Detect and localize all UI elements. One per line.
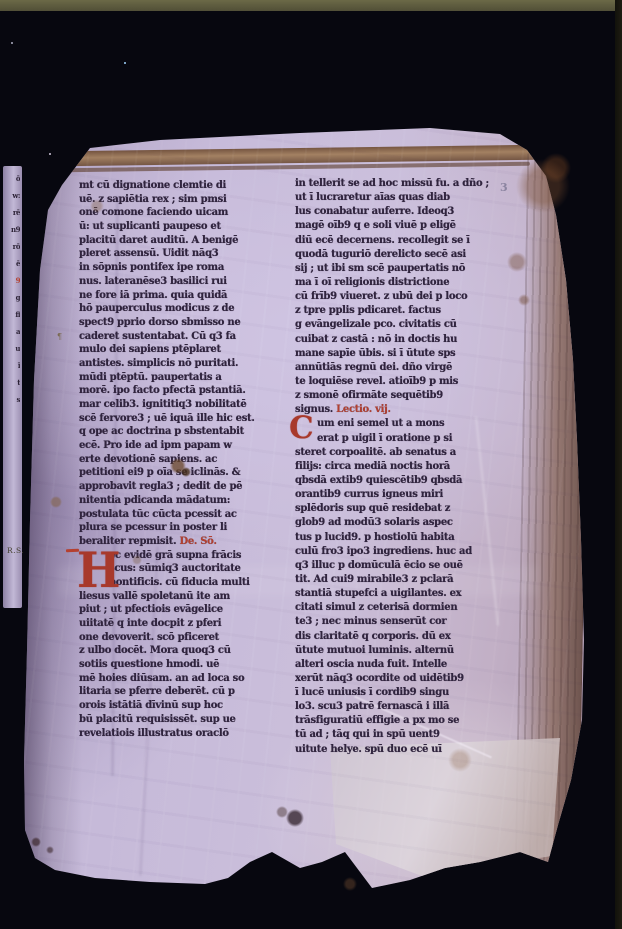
text-column-left: mt cū dignatione clemtie diuē. z sapiēti… bbox=[79, 180, 293, 741]
manuscript-text-line: stantiā stupefci a uigilantes. ex bbox=[295, 588, 503, 602]
manuscript-text-line: postulata tūc cūcta pcessit ac bbox=[79, 509, 293, 523]
manuscript-text-line: cū frīb9 viueret. z ubū dei p loco bbox=[295, 291, 503, 305]
manuscript-text-line: tus p lucid9. p hostiolū habita bbox=[295, 532, 503, 546]
manuscript-text-line: ī bbox=[3, 357, 20, 374]
manuscript-text-line: revelatiois illustratus oraclō bbox=[79, 728, 293, 742]
manuscript-text-line: alteri oscia nuda fuit. Intelle bbox=[295, 659, 503, 673]
manuscript-text-line: a bbox=[3, 323, 20, 340]
manuscript-text-line: te loquiēse revel. atioīb9 p mis bbox=[295, 376, 503, 390]
manuscript-text-line: filijs: circa mediā noctis horā bbox=[295, 461, 503, 475]
manuscript-text-line: w: bbox=[3, 187, 20, 204]
manuscript-text-line: s bbox=[3, 391, 20, 408]
manuscript-text-line: in sōpnis pontifex ipe roma bbox=[79, 262, 293, 276]
manuscript-text-line: n9 bbox=[3, 221, 20, 238]
manuscript-text-line: nus. lateranēse3 basilici rui bbox=[79, 276, 293, 290]
manuscript-text-line: erat p uigil ī oratione p si bbox=[295, 433, 503, 447]
margin-note: R.S. bbox=[7, 546, 24, 555]
dust-speck bbox=[11, 42, 13, 44]
manuscript-text-line: hō pauperculus modicus z de bbox=[79, 303, 293, 317]
manuscript-text-line: tū ad ; tāq qui in spū uent9 bbox=[295, 729, 503, 743]
manuscript-text-line: trāsfiguratiū effigie a px mo se bbox=[295, 715, 503, 729]
manuscript-text-line: lo3. scu3 patrē fernascā i illā bbox=[295, 701, 503, 715]
manuscript-text-line: g bbox=[3, 289, 20, 306]
parchment-repair-patch bbox=[330, 738, 564, 878]
manuscript-text-line: plura se pcessur in poster li bbox=[79, 522, 293, 536]
manuscript-text-line: citati simul z ceterisā dormien bbox=[295, 602, 503, 616]
manuscript-text-line: quodā tuguriō derelicto secē asi bbox=[295, 249, 503, 263]
manuscript-text-line: q ope ac doctrina p sbstentabit bbox=[79, 426, 293, 440]
manuscript-text-line: mē hoies diūsam. an ad loca so bbox=[79, 673, 293, 687]
manuscript-text-line: te3 ; nec minus senserūt cor bbox=[295, 616, 503, 630]
manuscript-text-line: mūdi ptēptū. paupertatis a bbox=[79, 372, 293, 386]
manuscript-text-line: uitute helye. spū duo ecē uī bbox=[295, 744, 503, 758]
manuscript-text-line: nitentia pdicanda mādatum: bbox=[79, 495, 293, 509]
manuscript-text-line: rō bbox=[3, 238, 20, 255]
manuscript-text-line: morē. ipo facto pfectā pstantiā. bbox=[79, 385, 293, 399]
manuscript-text-line: bū placitū requisissēt. sup ue bbox=[79, 714, 293, 728]
manuscript-text-line: piut ; ut pfectiois evāgelice bbox=[79, 604, 293, 618]
manuscript-text-line: ut ī lucraretur aīas quas diab bbox=[295, 192, 503, 206]
manuscript-text-line: glob9 ad modū3 solaris aspec bbox=[295, 517, 503, 531]
manuscript-text-line: scē fervore3 ; uē iquā ille hic est. bbox=[79, 413, 293, 427]
manuscript-text-line: steret corpoalitē. ab senatus a bbox=[295, 447, 503, 461]
manuscript-text-line: z ulbo docēt. Mora quoq3 cū bbox=[79, 645, 293, 659]
manuscript-text-line: ū: ut suplicanti paupeso et bbox=[79, 221, 293, 235]
film-edge-right bbox=[615, 0, 622, 929]
facing-page-text-fragments: ōw:rēn9rōē9gfiauīts bbox=[3, 170, 20, 600]
dust-speck bbox=[49, 153, 51, 155]
manuscript-text-line: orois istātiā dīvinū sup hoc bbox=[79, 700, 293, 714]
manuscript-text-line: diū ecē decernens. recollegit se ī bbox=[295, 235, 503, 249]
manuscript-text-line: culū fro3 ipo3 ingrediens. huc ad bbox=[295, 546, 503, 560]
manuscript-text-line: erte devotionē sapiens. ac bbox=[79, 454, 293, 468]
manuscript-text-line: one devoverit. scō pficeret bbox=[79, 632, 293, 646]
manuscript-text-line: mar celib3. ignititiq3 nobilitatē bbox=[79, 399, 293, 413]
manuscript-text-line: in tellerit se ad hoc missū fu. a dño ; bbox=[295, 178, 503, 192]
manuscript-text-line: t bbox=[3, 374, 20, 391]
margin-paragraph-mark: ¶ bbox=[57, 332, 62, 341]
manuscript-text-line: tit. Ad cui9 mirabile3 z pclarā bbox=[295, 574, 503, 588]
manuscript-text-line: sij ; ut ibi sm scē paupertatis nō bbox=[295, 263, 503, 277]
manuscript-text-line: placitū daret auditū. A benigē bbox=[79, 235, 293, 249]
manuscript-text-line: orantib9 currus igneus miri bbox=[295, 489, 503, 503]
film-edge-top bbox=[0, 0, 622, 11]
manuscript-text-line: qbsdā extib9 quiescētib9 qbsdā bbox=[295, 475, 503, 489]
manuscript-text-line: g evāngelizale pco. civitatis cū bbox=[295, 319, 503, 333]
manuscript-text-line: 9 bbox=[3, 272, 20, 289]
manuscript-text-line: rē bbox=[3, 204, 20, 221]
manuscript-text-line: ma ī oī religionis districtione bbox=[295, 277, 503, 291]
manuscript-text-line: petitioni ei9 p oīa se iclinās. & bbox=[79, 467, 293, 481]
manuscript-text-line: cuibat z castā : nō in doctis hu bbox=[295, 334, 503, 348]
manuscript-text-line: q3 illuc p domūculā ēcio se ouē bbox=[295, 560, 503, 574]
manuscript-text-line: approbavit regla3 ; dedit de pē bbox=[79, 481, 293, 495]
manuscript-text-line: caderet sustentabat. Cū q3 fa bbox=[79, 331, 293, 345]
manuscript-text-line: ō bbox=[3, 170, 20, 187]
manuscript-text-line: dis claritatē q corporis. dū ex bbox=[295, 631, 503, 645]
manuscript-text-line: sotiis questione hmodi. uē bbox=[79, 659, 293, 673]
manuscript-text-line: pleret assensū. Uidit nāq3 bbox=[79, 248, 293, 262]
manuscript-text-line: lus conabatur auferre. Ideoq3 bbox=[295, 206, 503, 220]
manuscript-text-line: ne fore iā prima. quia quidā bbox=[79, 290, 293, 304]
facing-page-sliver: ōw:rēn9rōē9gfiauīts bbox=[3, 166, 22, 608]
manuscript-text-line: uē. z sapiētia rex ; sim pmsi bbox=[79, 194, 293, 208]
manuscript-text-line: z tpre pplis pdicaret. factus bbox=[295, 305, 503, 319]
red-initial-c: C bbox=[289, 413, 314, 444]
manuscript-text-line: mulo dei sapiens ptēplaret bbox=[79, 344, 293, 358]
manuscript-text-line: signus. Lectio. vij. bbox=[295, 404, 503, 418]
manuscript-text-line: magē oīb9 q e soli viuē p eligē bbox=[295, 220, 503, 234]
manuscript-text-line: annūtiās regnū dei. dño virgē bbox=[295, 362, 503, 376]
manuscript-text-line: fi bbox=[3, 306, 20, 323]
manuscript-text-line: xerūt nāq3 ocordite od uidētib9 bbox=[295, 673, 503, 687]
manuscript-text-line: litaria se pferre deberēt. cū p bbox=[79, 686, 293, 700]
manuscript-text-line: ūtute mutuoi luminis. alternū bbox=[295, 645, 503, 659]
manuscript-text-line: splēdoris sup quē residebat z bbox=[295, 503, 503, 517]
page-fore-edge bbox=[515, 153, 591, 866]
manuscript-text-line: onē comone faciendo uicam bbox=[79, 207, 293, 221]
manuscript-text-line: ecē. Pro ide ad ipm papam w bbox=[79, 440, 293, 454]
manuscript-text-line: ē bbox=[3, 255, 20, 272]
manuscript-text-line: mt cū dignatione clemtie di bbox=[79, 180, 293, 194]
dust-speck bbox=[124, 62, 126, 64]
manuscript-text-line: um eni semel ut a mons bbox=[295, 418, 503, 432]
manuscript-text-line: uiitatē q inte docpit z pferi bbox=[79, 618, 293, 632]
page-top-edge bbox=[58, 145, 540, 167]
manuscript-text-line: spect9 pprio dorso sbmisso ne bbox=[79, 317, 293, 331]
red-initial-h: H bbox=[77, 546, 120, 594]
manuscript-text-line: ī lucē uniusis ī cordib9 singu bbox=[295, 687, 503, 701]
manuscript-text-line: z smonē ofirmāte sequētib9 bbox=[295, 390, 503, 404]
manuscript-photo: ōw:rēn9rōē9gfiauīts 3 R.S. ¶ mt cū digna… bbox=[0, 0, 622, 929]
manuscript-text-line: u bbox=[3, 340, 20, 357]
manuscript-text-line: antistes. simplicis nō puritati. bbox=[79, 358, 293, 372]
manuscript-text-line: mane sapīe ūbis. si ī ūtute sps bbox=[295, 348, 503, 362]
page-top-edge-line bbox=[64, 162, 530, 173]
text-column-right: in tellerit se ad hoc missū fu. a dño ;u… bbox=[295, 178, 503, 758]
